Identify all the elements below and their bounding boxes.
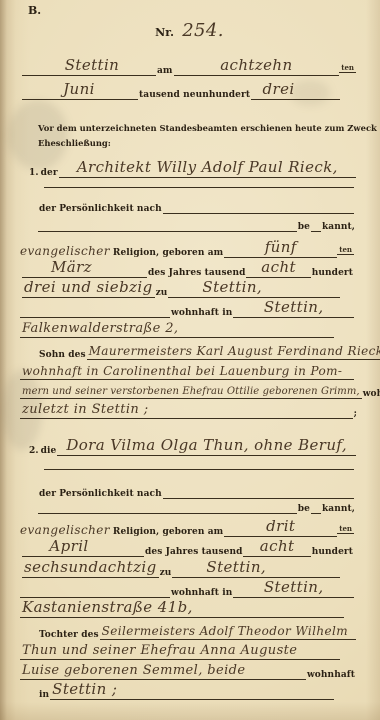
bride-father-entry: Seilermeisters Adolf Theodor Wilhelm (100, 624, 356, 640)
groom-known-line: be kannt, (38, 218, 356, 232)
blank-line (44, 174, 354, 188)
intro-line-2: Eheschließung: (38, 136, 360, 148)
groom-father-line: Sohn des Maurermeisters Karl August Ferd… (38, 344, 356, 360)
hundert-label: hundert (311, 547, 354, 557)
resident-label: wohnhaft (362, 389, 380, 399)
blank-rule (180, 333, 334, 338)
blank-rule (22, 71, 44, 76)
resident-in-label: wohnhaft in (170, 308, 233, 318)
known-kannt-label: kannt, (321, 504, 356, 514)
form-letter-b: B. (28, 4, 41, 17)
bride-name-entry: Dora Vilma Olga Thun, ohne Beruf, (57, 436, 356, 456)
bride-birthplace-entry: Stettin, (172, 558, 300, 578)
blank-rule (116, 95, 138, 100)
bride-father-line: Tochter des Seilermeisters Adolf Theodor… (38, 624, 356, 640)
year-mid-label: des Jahres tausend (147, 268, 246, 278)
religion-born-label: Religion, geboren am (112, 527, 224, 537)
resident-in-label: wohnhaft in (170, 588, 233, 598)
blank-rule (140, 71, 156, 76)
groom-residence-city-entry: Stettin, (233, 298, 354, 318)
record-number-value: 254. (180, 20, 226, 41)
intro-text-2: Eheschließung: (38, 138, 111, 148)
known-kannt-label: kannt, (321, 222, 356, 232)
blank-rule (150, 414, 352, 419)
blank-rule (38, 509, 297, 514)
groom-yearrest-entry: drei und siebzig (22, 278, 155, 298)
dateline-month-year: Juni tausend neunhundert drei (22, 82, 340, 100)
bride-residence-line: wohnhaft in Stettin, (20, 582, 354, 598)
record-year-entry: drei (251, 80, 306, 100)
groom-birthday-entry: fünf (224, 238, 337, 258)
groom-street-entry: Falkenwalderstraße 2, (20, 321, 180, 338)
known-be-label: be (297, 222, 311, 232)
bride-yearrest-entry: sechsundachtzig (22, 558, 159, 578)
blank-rule (38, 227, 297, 232)
record-day-entry: achtzehn (174, 56, 340, 76)
ten-suffix-label: ten (337, 524, 354, 534)
bride-street-entry: Kastanienstraße 41b, (20, 598, 195, 618)
bride-family-line-3: Luise geborenen Semmel, beide wohnhaft (20, 663, 356, 680)
groom-religion-line: evangelischer Religion, geboren am fünf … (18, 240, 354, 258)
groom-father-entry: Maurermeisters Karl August Ferdinand Rie… (87, 344, 380, 360)
bride-birthmonth-line: April des Jahres tausend acht hundert (22, 540, 354, 557)
semicolon-label: ; (353, 409, 358, 419)
groom-origin-line-2: mern und seiner verstorbenen Ehefrau Ott… (20, 383, 356, 399)
bride-religion-line: evangelischer Religion, geboren am drit … (18, 519, 354, 537)
blank-rule (44, 183, 354, 188)
bride-last-residence-line: in Stettin ; (38, 683, 334, 700)
groom-index-label: 1. (28, 168, 40, 178)
blank-rule (119, 695, 334, 700)
ten-suffix-label: ten (339, 63, 356, 73)
groom-origin-entry-1: wohnhaft in Carolinenthal bei Lauenburg … (20, 364, 354, 380)
bride-family-entry-3: Luise geborenen Semmel, beide (20, 663, 306, 680)
year-printed-label: tausend neunhundert (138, 90, 251, 100)
identity-label: der Persönlichkeit nach (38, 489, 163, 499)
groom-last-residence-line: zuletzt in Stettin ; ; (20, 402, 358, 419)
bride-known-line: be kannt, (38, 501, 356, 514)
bride-religion-entry: evangelischer (18, 523, 112, 537)
zu-label: zu (155, 288, 169, 298)
bride-index-label: 2. (28, 446, 40, 456)
daughter-of-label: Tochter des (38, 630, 100, 640)
blank-rule (195, 613, 344, 618)
blank-rule (22, 95, 42, 100)
intro-line-1: Vor dem unterzeichneten Standesbeamten e… (38, 121, 360, 133)
groom-birthmonth-line: März des Jahres tausend acht hundert (22, 261, 354, 278)
groom-origin-line-1: wohnhaft in Carolinenthal bei Lauenburg … (20, 363, 354, 380)
year-mid-label: des Jahres tausend (144, 547, 243, 557)
scanned-registry-page: B. Nr. 254. Stettin am achtzehn ten Juni… (0, 0, 380, 720)
ten-suffix-label: ten (337, 245, 354, 255)
son-of-label: Sohn des (38, 350, 87, 360)
known-be-label: be (297, 504, 311, 514)
groom-religion-entry: evangelischer (18, 244, 112, 258)
blank-rule (44, 465, 354, 470)
religion-born-label: Religion, geboren am (112, 248, 224, 258)
bride-birthmonth-entry: April (22, 537, 116, 557)
groom-last-residence-entry: zuletzt in Stettin ; (20, 402, 150, 419)
bride-family-line-2: Thun und seiner Ehefrau Anna Auguste (20, 643, 340, 660)
identity-label: der Persönlichkeit nach (38, 204, 163, 214)
record-month-entry: Juni (42, 80, 116, 100)
record-number-label: Nr. (154, 26, 175, 39)
blank-rule (116, 552, 144, 557)
groom-birthyear-place-line: drei und siebzig zu Stettin, (22, 281, 340, 298)
bride-birthyear-place-line: sechsundachtzig zu Stettin, (22, 561, 340, 578)
bride-yearhundred-entry: acht (243, 537, 310, 557)
bride-street-line: Kastanienstraße 41b, (20, 601, 344, 618)
groom-identity-line: der Persönlichkeit nach (38, 200, 354, 214)
record-number-line: Nr. 254. (0, 20, 380, 41)
bride-residence-city-entry: Stettin, (233, 578, 354, 598)
blank-line (44, 456, 354, 470)
bride-identity-line: der Persönlichkeit nach (38, 486, 354, 499)
bride-article-label: die (40, 446, 58, 456)
dateline-city-day: Stettin am achtzehn ten (22, 58, 356, 76)
in-label: in (38, 690, 50, 700)
am-label: am (156, 66, 174, 76)
hundert-label: hundert (311, 268, 354, 278)
bride-last-residence-entry: Stettin ; (50, 680, 119, 700)
bride-family-entry-2: Thun und seiner Ehefrau Anna Auguste (20, 643, 340, 660)
blank-rule (311, 227, 321, 232)
blank-rule (163, 209, 354, 214)
groom-street-line: Falkenwalderstraße 2, (20, 321, 334, 338)
bride-birthday-entry: drit (224, 517, 337, 537)
blank-rule (20, 313, 170, 318)
blank-rule (306, 95, 340, 100)
groom-residence-line: wohnhaft in Stettin, (20, 302, 354, 318)
zu-label: zu (159, 568, 173, 578)
groom-birthmonth-entry: März (22, 258, 121, 278)
intro-text-1: Vor dem unterzeichneten Standesbeamten e… (38, 123, 380, 133)
blank-rule (163, 494, 354, 499)
blank-rule (311, 509, 321, 514)
record-city-entry: Stettin (44, 56, 140, 76)
groom-yearhundred-entry: acht (246, 258, 310, 278)
bride-name-line: 2. die Dora Vilma Olga Thun, ohne Beruf, (28, 434, 356, 456)
resident-label: wohnhaft (306, 670, 356, 680)
groom-birthplace-entry: Stettin, (168, 278, 296, 298)
groom-origin-entry-2: mern und seiner verstorbenen Ehefrau Ott… (20, 386, 362, 399)
